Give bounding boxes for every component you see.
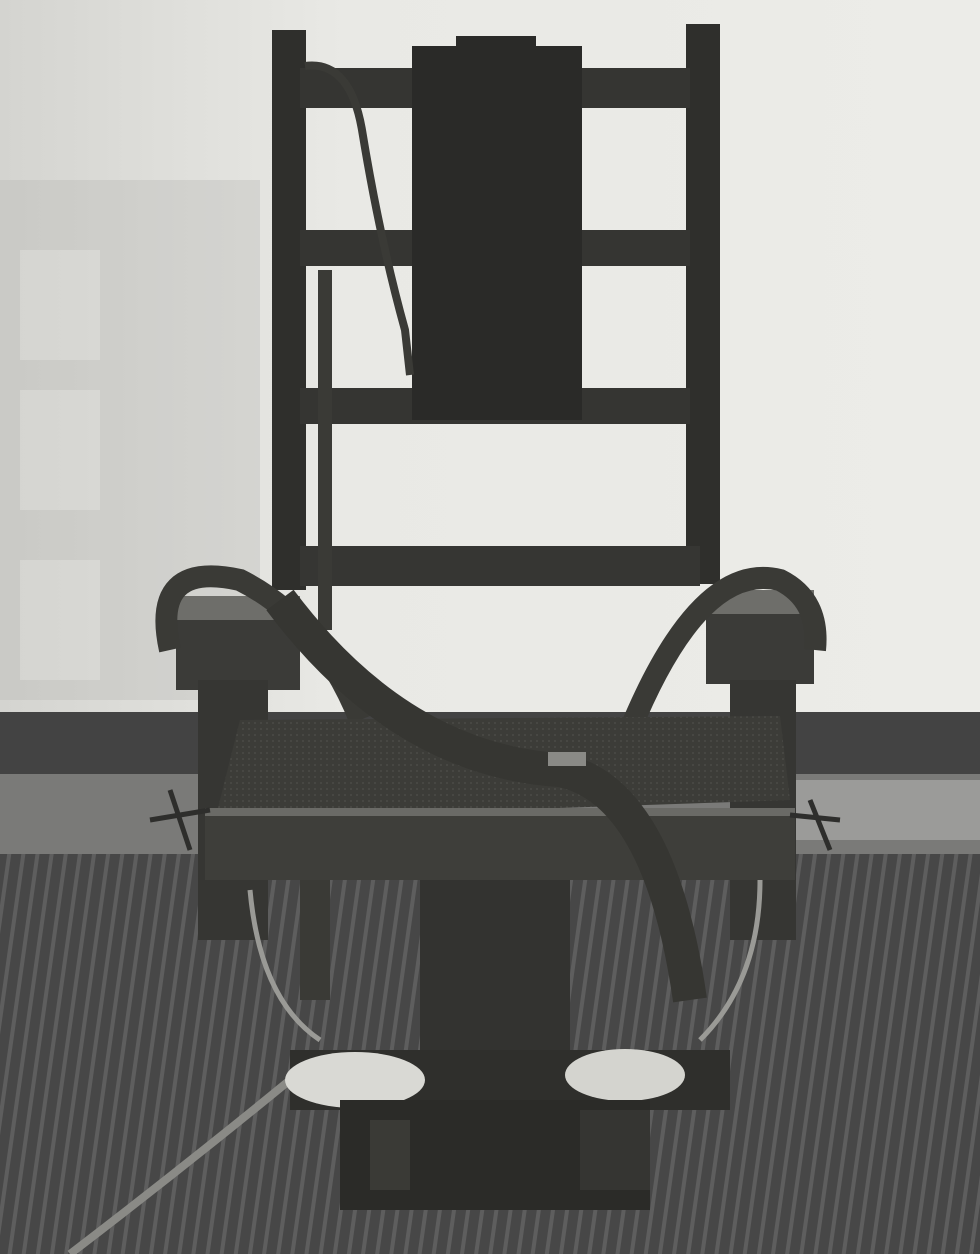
photograph [0,0,980,1254]
back-panel [412,46,582,420]
